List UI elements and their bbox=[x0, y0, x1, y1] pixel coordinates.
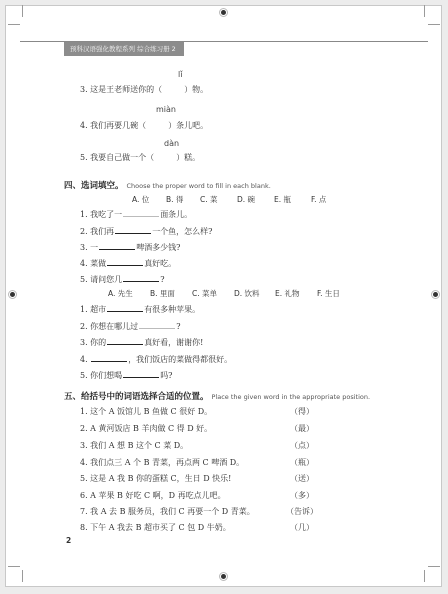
word-options: A. 位 B. 得 C. 菜 D. 碗 E. 瓶 F. 点 bbox=[132, 194, 326, 205]
item-text-before: 3. 你的 bbox=[80, 338, 106, 347]
exercise-item: 2. 你想在哪儿过? bbox=[80, 319, 180, 333]
item-text-before: 1. 超市 bbox=[80, 305, 106, 314]
pinyin-hint: miàn bbox=[156, 105, 176, 114]
answer-blank[interactable] bbox=[107, 256, 143, 266]
answer-blank[interactable] bbox=[91, 352, 127, 362]
item-text-after: ）物。 bbox=[184, 85, 208, 94]
given-word: （告诉） bbox=[286, 506, 318, 517]
item-text-before: 2. 我们再 bbox=[80, 227, 114, 236]
option: A. 先生 bbox=[108, 288, 150, 299]
item-sentence: 4. 我们点三 A 个 B 青菜，再点两 C 啤酒 D。 bbox=[80, 458, 244, 467]
crop-mark bbox=[8, 24, 20, 25]
item-text-after: ? bbox=[160, 275, 164, 284]
item-text-after: ? bbox=[176, 322, 180, 331]
option: C. 菜 bbox=[200, 194, 237, 205]
exercise-item: 4. 我们点三 A 个 B 青菜，再点两 C 啤酒 D。 bbox=[80, 457, 244, 469]
pinyin-hint: dàn bbox=[164, 139, 179, 148]
given-word: （瓶） bbox=[290, 457, 314, 468]
exercise-item: 2. 我们再一个鱼，怎么样? bbox=[80, 224, 212, 238]
item-text-before: 5. 我要自己做一个（ bbox=[80, 153, 154, 162]
exercise-item: 5. 我要自己做一个（）糕。 bbox=[80, 152, 200, 164]
option: B. 得 bbox=[166, 194, 200, 205]
given-word: （得） bbox=[290, 406, 314, 417]
option: D. 碗 bbox=[237, 194, 274, 205]
answer-blank[interactable] bbox=[107, 302, 143, 312]
item-sentence: 5. 这是 A 我 B 你的蛋糕 C，生日 D 快乐! bbox=[80, 474, 231, 483]
item-text-after: 真好看，谢谢你! bbox=[144, 338, 203, 347]
exercise-item: 3. 我们 A 想 B 这个 C 菜 D。 bbox=[80, 440, 188, 452]
section-title-cn: 五、给括号中的词语选择合适的位置。 bbox=[64, 392, 209, 402]
crop-mark bbox=[22, 570, 23, 582]
section-title-en: Place the given word in the appropriate … bbox=[211, 393, 370, 401]
pinyin-hint: lǐ bbox=[178, 70, 182, 79]
section-title-en: Choose the proper word to fill in each b… bbox=[126, 182, 270, 190]
option: D. 饮料 bbox=[234, 288, 275, 299]
exercise-item: 5. 请问您几? bbox=[80, 272, 164, 286]
page-number: 2 bbox=[66, 536, 71, 545]
exercise-item: 4. 菜做真好吃。 bbox=[80, 256, 176, 270]
item-text-after: 啤酒多少钱? bbox=[136, 243, 180, 252]
exercise-item: 1. 超市有很多种苹果。 bbox=[80, 302, 200, 316]
item-sentence: 1. 这个 A 饭馆儿 B 鱼做 C 很好 D。 bbox=[80, 407, 212, 416]
given-word: （点） bbox=[290, 440, 314, 451]
item-text-after: 真好吃。 bbox=[144, 259, 176, 268]
option: E. 瓶 bbox=[274, 194, 311, 205]
exercise-item: 4. ，我们饭店的菜做得都很好。 bbox=[80, 352, 232, 366]
crop-mark bbox=[8, 566, 20, 567]
item-sentence: 8. 下午 A 我去 B 超市买了 C 包 D 牛奶。 bbox=[80, 523, 231, 532]
given-word: （多） bbox=[290, 490, 314, 501]
given-word: （几） bbox=[290, 522, 314, 533]
exercise-item: 4. 我们再要几碗（）条儿吧。 bbox=[80, 120, 208, 132]
section-title: 四、选词填空。 Choose the proper word to fill i… bbox=[64, 180, 271, 192]
exercise-item: 3. 一啤酒多少钱? bbox=[80, 240, 180, 254]
item-text-before: 3. 一 bbox=[80, 243, 98, 252]
exercise-item: 3. 你的真好看，谢谢你! bbox=[80, 335, 203, 349]
answer-blank[interactable] bbox=[99, 240, 135, 250]
answer-blank[interactable] bbox=[123, 272, 159, 282]
answer-blank[interactable] bbox=[139, 319, 175, 329]
crop-mark bbox=[428, 566, 440, 567]
crop-mark bbox=[428, 24, 440, 25]
item-sentence: 2. A 黄河饭店 B 羊肉做 C 得 D 好。 bbox=[80, 424, 212, 433]
exercise-item: 6. A 苹果 B 好吃 C 啊，D 再吃点儿吧。 bbox=[80, 490, 226, 502]
answer-blank[interactable] bbox=[123, 368, 159, 378]
exercise-item: 1. 我吃了一面条儿。 bbox=[80, 207, 192, 221]
option: C. 菜单 bbox=[192, 288, 234, 299]
registration-mark-icon bbox=[219, 572, 228, 581]
exercise-item: 3. 这是王老师送你的（）物。 bbox=[80, 84, 208, 96]
answer-blank[interactable] bbox=[115, 224, 151, 234]
answer-blank[interactable] bbox=[123, 207, 159, 217]
section-title-cn: 四、选词填空。 bbox=[64, 181, 124, 191]
item-text-after: 一个鱼，怎么样? bbox=[152, 227, 212, 236]
item-text-before: 2. 你想在哪儿过 bbox=[80, 322, 138, 331]
exercise-item: 5. 这是 A 我 B 你的蛋糕 C，生日 D 快乐! bbox=[80, 473, 231, 485]
exercise-item: 5. 你们想喝吗? bbox=[80, 368, 172, 382]
item-text-before: 4. bbox=[80, 355, 90, 364]
crop-mark bbox=[424, 5, 425, 17]
section-title: 五、给括号中的词语选择合适的位置。 Place the given word i… bbox=[64, 391, 370, 403]
item-text-before: 3. 这是王老师送你的（ bbox=[80, 85, 162, 94]
item-text-after: 吗? bbox=[160, 371, 172, 380]
item-text-after: ）糕。 bbox=[176, 153, 200, 162]
item-text-after: 有很多种苹果。 bbox=[144, 305, 200, 314]
item-text-before: 4. 我们再要几碗（ bbox=[80, 121, 146, 130]
option: A. 位 bbox=[132, 194, 166, 205]
given-word: （送） bbox=[290, 473, 314, 484]
answer-blank[interactable] bbox=[107, 335, 143, 345]
item-sentence: 7. 我 A 去 B 服务员，我们 C 再要一个 D 青菜。 bbox=[80, 507, 255, 516]
item-sentence: 6. A 苹果 B 好吃 C 啊，D 再吃点儿吧。 bbox=[80, 491, 226, 500]
item-text-before: 1. 我吃了一 bbox=[80, 210, 122, 219]
crop-mark bbox=[22, 5, 23, 17]
word-options: A. 先生 B. 里面 C. 菜单 D. 饮料 E. 礼物 F. 生日 bbox=[108, 288, 340, 299]
item-text-after: ，我们饭店的菜做得都很好。 bbox=[128, 355, 232, 364]
item-text-before: 5. 你们想喝 bbox=[80, 371, 122, 380]
item-text-after: ）条儿吧。 bbox=[168, 121, 208, 130]
exercise-item: 7. 我 A 去 B 服务员，我们 C 再要一个 D 青菜。 bbox=[80, 506, 255, 518]
registration-mark-icon bbox=[219, 8, 228, 17]
exercise-item: 2. A 黄河饭店 B 羊肉做 C 得 D 好。 bbox=[80, 423, 212, 435]
item-text-after: 面条儿。 bbox=[160, 210, 192, 219]
given-word: （最） bbox=[290, 423, 314, 434]
registration-mark-icon bbox=[8, 290, 17, 299]
item-text-before: 4. 菜做 bbox=[80, 259, 106, 268]
exercise-item: 1. 这个 A 饭馆儿 B 鱼做 C 很好 D。 bbox=[80, 406, 212, 418]
crop-mark bbox=[424, 570, 425, 582]
option: F. 生日 bbox=[317, 288, 340, 299]
item-sentence: 3. 我们 A 想 B 这个 C 菜 D。 bbox=[80, 441, 188, 450]
option: B. 里面 bbox=[150, 288, 192, 299]
item-text-before: 5. 请问您几 bbox=[80, 275, 122, 284]
option: E. 礼物 bbox=[275, 288, 317, 299]
option: F. 点 bbox=[311, 194, 326, 205]
running-header: 预科汉语强化教程系列 综合练习册 2 bbox=[64, 42, 184, 56]
registration-mark-icon bbox=[431, 290, 440, 299]
exercise-item: 8. 下午 A 我去 B 超市买了 C 包 D 牛奶。 bbox=[80, 522, 231, 534]
